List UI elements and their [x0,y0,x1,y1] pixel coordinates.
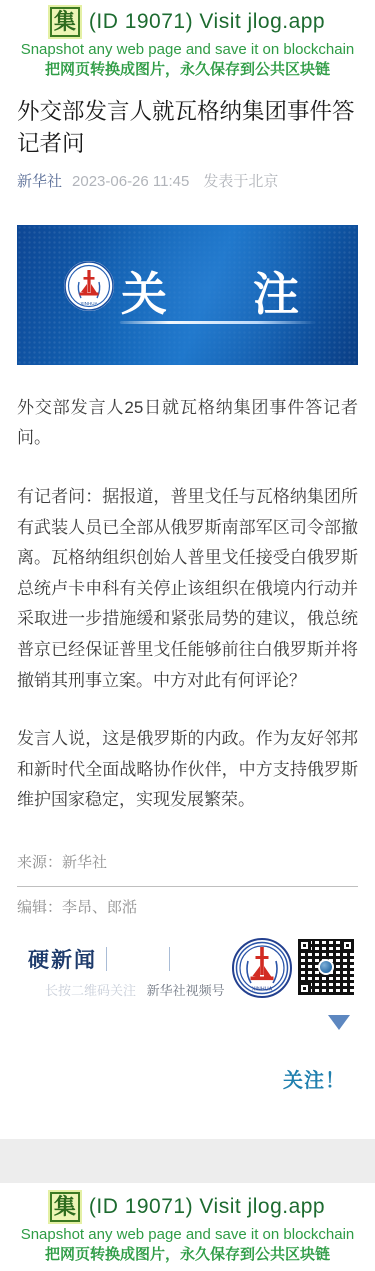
top-promo-banner: 集 (ID 19071) Visit jlog.app Snapshot any… [0,0,375,86]
qr-center-logo-icon [318,959,334,975]
footer-brand-block: 硬新闻 长按二维码关注 新华社视频号 XINHUA [17,939,358,999]
triangle-down-icon [328,1015,350,1030]
follow-link[interactable]: 关注！ [283,1070,346,1092]
qr-press-tip: 长按二维码关注 [45,983,136,998]
promo-subtitle-en: Snapshot any web page and save it on blo… [0,40,375,59]
jlog-visit-link-bottom[interactable]: (ID 19071) Visit jlog.app [89,1195,325,1219]
source-label: 来源：新华社 [17,852,358,875]
qr-finder-icon [298,982,311,995]
promo-subtitle-zh-bottom: 把网页转换成图片，永久保存到公共区块链 [0,1244,375,1265]
qr-finder-icon [341,939,354,952]
author-link[interactable]: 新华社 [17,170,62,191]
hero-banner-image: XINHUA 关 注 [17,225,358,365]
publish-date: 2023-06-26 11:45 [72,173,189,190]
publish-location: 发表于北京 [203,170,278,191]
paragraph-2: 有记者问：据报道，普里戈任与瓦格纳集团所有武装人员已全部从俄罗斯南部军区司令部撤… [17,482,358,696]
paragraph-3: 发言人说，这是俄罗斯的内政。作为友好邻邦和新时代全面战略协作伙伴，中方支持俄罗斯… [17,724,358,816]
brand-divider-bar-2 [169,947,170,971]
hero-underline [120,321,316,324]
qr-finder-icon [298,939,311,952]
article-title: 外交部发言人就瓦格纳集团事件答记者问 [17,96,358,160]
video-account-name: 新华社视频号 [147,983,225,998]
jlog-logo-icon: 集 [50,7,80,37]
article-body: 外交部发言人就瓦格纳集团事件答记者问 新华社 2023-06-26 11:45 … [0,96,375,1093]
hero-char-zhu: 注 [253,258,299,324]
brand-yingxinwen: 硬新闻 [28,944,97,974]
byline: 新华社 2023-06-26 11:45 发表于北京 [17,170,358,191]
qr-code [298,939,354,995]
divider-line [17,886,358,887]
jlog-visit-link[interactable]: (ID 19071) Visit jlog.app [89,10,325,34]
editor-label: 编辑：李昂、郎湉 [17,897,358,920]
xinhua-logo-icon: XINHUA [63,260,115,312]
svg-text:XINHUA: XINHUA [80,301,98,306]
hero-char-guan: 关 [121,258,167,324]
gray-band [0,1139,375,1183]
jlog-logo-icon: 集 [50,1192,80,1222]
xinhua-emblem-icon: XINHUA [231,937,293,999]
bottom-promo-banner: 集 (ID 19071) Visit jlog.app Snapshot any… [0,1183,375,1271]
svg-text:XINHUA: XINHUA [252,987,273,993]
promo-subtitle-en-bottom: Snapshot any web page and save it on blo… [0,1225,375,1244]
paragraph-1: 外交部发言人25日就瓦格纳集团事件答记者问。 [17,393,358,454]
promo-subtitle-zh: 把网页转换成图片，永久保存到公共区块链 [0,59,375,80]
brand-divider-bar [106,947,107,971]
